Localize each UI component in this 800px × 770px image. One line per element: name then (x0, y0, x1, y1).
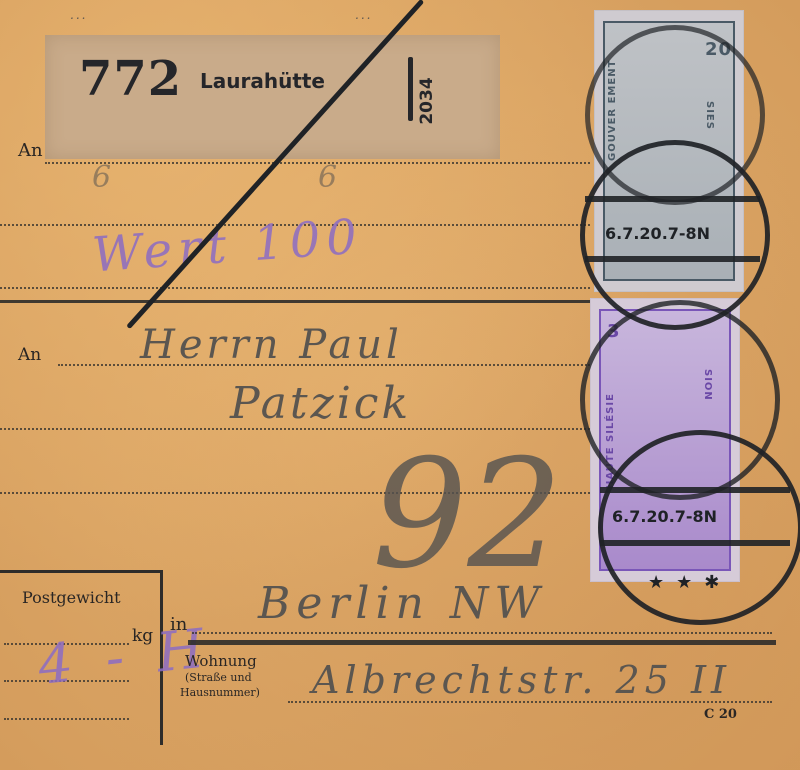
postmark-bar-2a (585, 196, 760, 202)
recipient-name-line-1: Herrn Paul (140, 322, 403, 368)
parcel-card: ... ... An 772 Laurahütte 2034 6 6 Wert … (0, 0, 800, 770)
sender-handwriting-fragment-2: 6 (318, 160, 337, 195)
top-scribble-right: ... (355, 8, 372, 22)
section-divider (0, 300, 590, 303)
postmark-bar-4b (600, 540, 790, 546)
residence-address: Albrechtstr. 25 II (312, 658, 731, 702)
residence-sublabel-2: Hausnummer) (180, 686, 260, 699)
postmark-cancel-4 (598, 430, 800, 625)
destination-rule (188, 640, 776, 645)
label-place: Laurahütte (200, 69, 325, 93)
form-code: C 20 (704, 707, 737, 722)
top-scribble-left: ... (70, 8, 87, 22)
pencil-routing-mark: 92 (372, 440, 563, 590)
sender-prefix-label: An (18, 140, 43, 161)
weight-box-top-border (0, 570, 162, 573)
postmark-date-1: 6.7.20.7-8N (605, 224, 710, 243)
residence-sublabel-1: (Straße und (185, 671, 252, 684)
recipient-prefix-label: An (18, 345, 41, 365)
destination-city: Berlin NW (258, 578, 546, 629)
postmark-date-2: 6.7.20.7-8N (612, 507, 717, 526)
sender-handwriting-fragment: 6 (92, 160, 111, 195)
residence-label: Wohnung (185, 652, 257, 670)
sender-dotted-line-3 (0, 287, 590, 289)
destination-in-label: in (170, 614, 187, 635)
weight-dotted-line-3 (4, 718, 129, 720)
label-divider (408, 57, 413, 121)
origin-label-sticker: 772 Laurahütte 2034 (45, 35, 500, 159)
weight-box-title: Postgewicht (22, 588, 121, 607)
label-code: 2034 (417, 71, 437, 131)
recipient-name-line-2: Patzick (230, 378, 411, 429)
postmark-bar-4a (600, 487, 790, 493)
postmark-bar-2b (585, 256, 760, 262)
label-number: 772 (79, 51, 182, 107)
destination-dotted-line (192, 632, 772, 634)
postmark-stars: ★★✱ (648, 572, 731, 593)
